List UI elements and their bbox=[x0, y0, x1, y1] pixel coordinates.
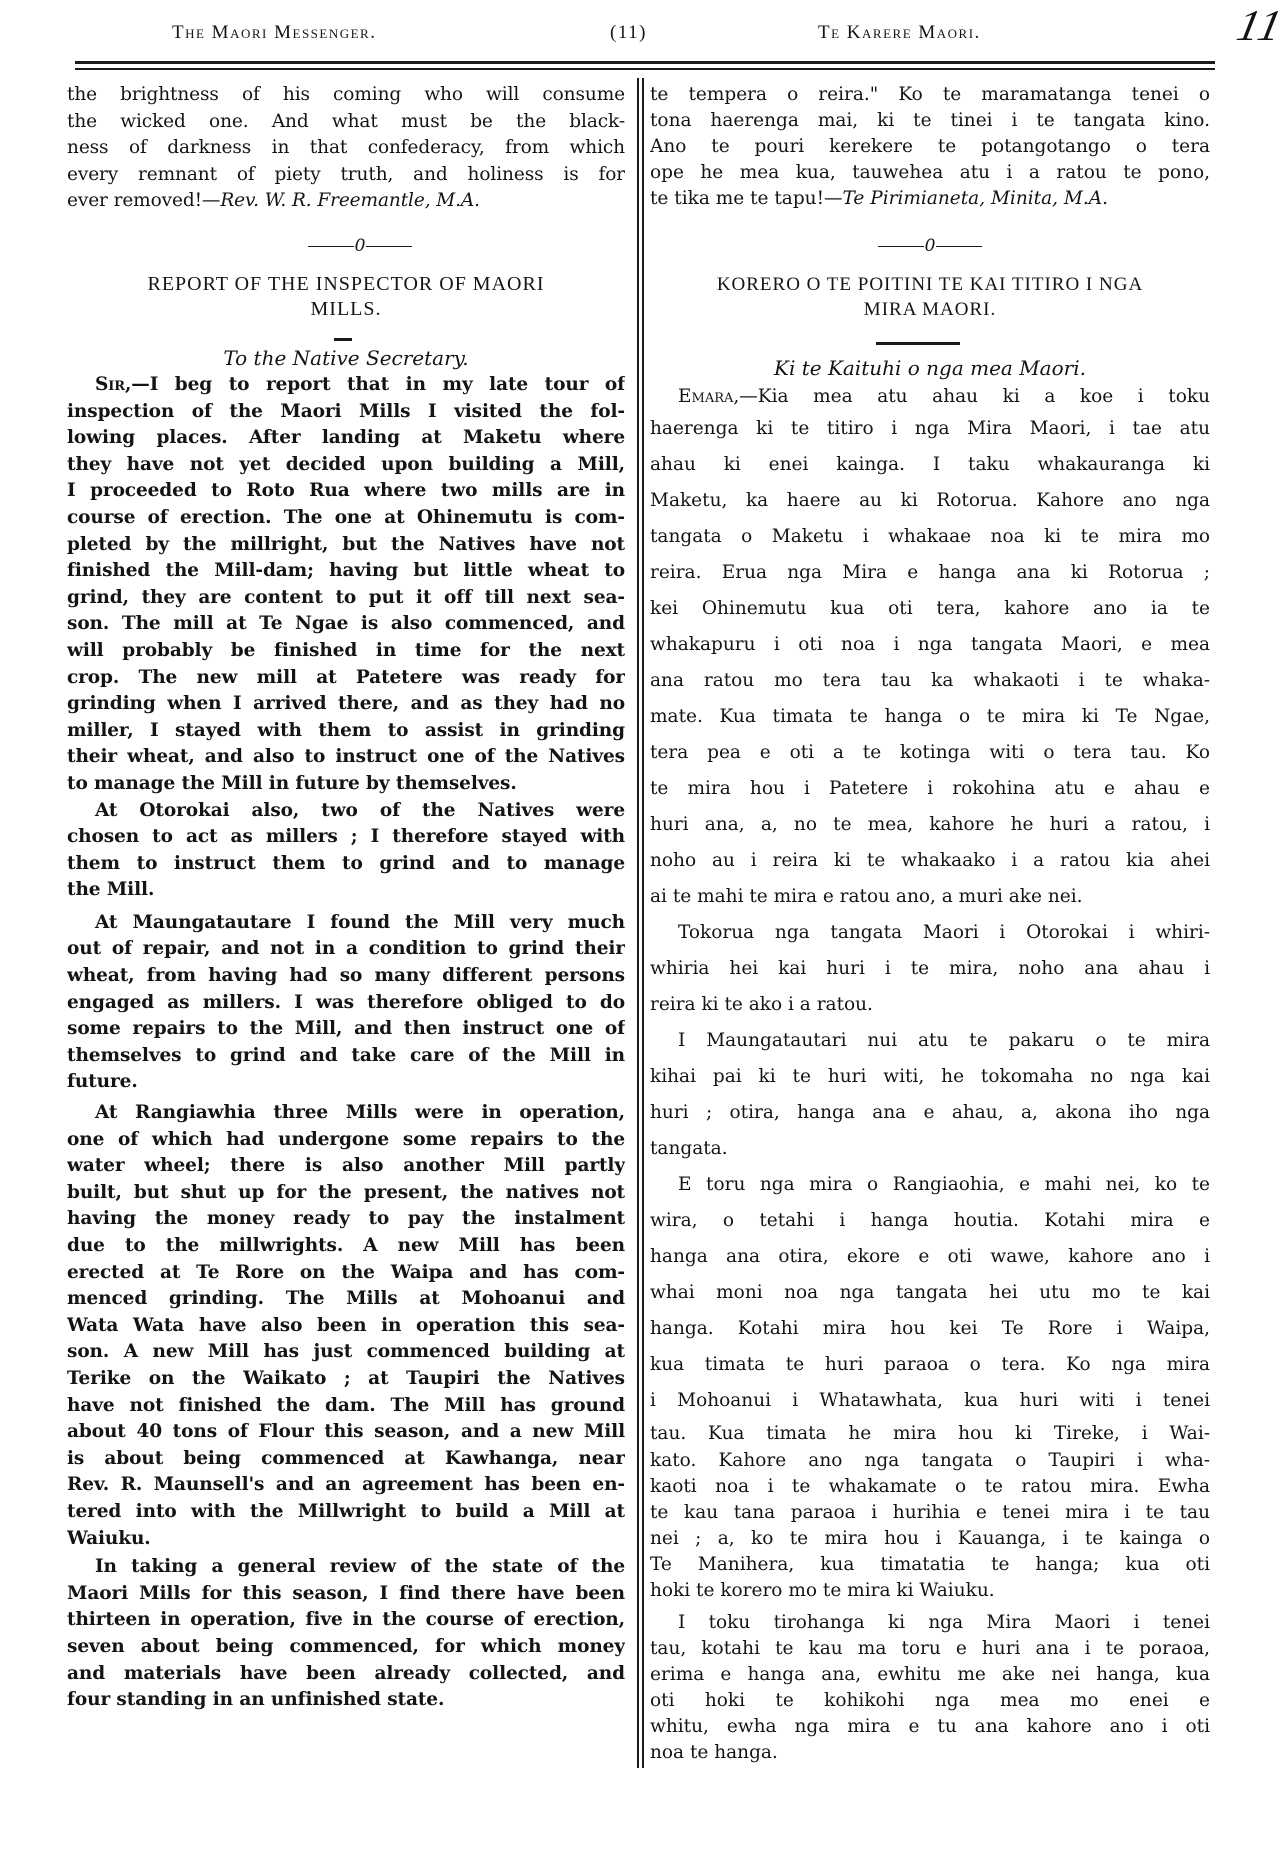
text-line: ever removed!—Rev. W. R. Freemantle, M.A… bbox=[67, 188, 625, 215]
text-line: whakapuru i oti noa i nga tangata Maori,… bbox=[650, 627, 1210, 663]
text-line: tered into with the Millwright to build … bbox=[67, 1499, 625, 1526]
masthead-rule-top bbox=[75, 61, 1215, 64]
text-line: kihai pai ki te huri witi, he tokomaha n… bbox=[650, 1059, 1210, 1095]
text-line: te kau tana paraoa i hurihia e tenei mir… bbox=[650, 1500, 1210, 1526]
text-line: Maketu, ka haere au ki Rotorua. Kahore a… bbox=[650, 483, 1210, 519]
text-line: Maori Mills for this season, I find ther… bbox=[67, 1581, 625, 1608]
text-fragment: —I beg to report that in my late tour of bbox=[131, 374, 625, 395]
text-line: I proceeded to Roto Rua where two mills … bbox=[67, 478, 625, 505]
text-line: te tika me te tapu!—Te Pirimianeta, Mini… bbox=[650, 186, 1210, 212]
text-line: they have not yet decided upon building … bbox=[67, 452, 625, 479]
text-line: whiria hei kai huri i te mira, noho ana … bbox=[650, 951, 1210, 987]
text-line: themselves to grind and take care of the… bbox=[67, 1043, 625, 1070]
text-line: have not finished the dam. The Mill has … bbox=[67, 1393, 625, 1420]
text-line: to manage the Mill in future by themselv… bbox=[67, 771, 625, 798]
masthead-right-title-text: Te Karere Maori. bbox=[818, 22, 981, 43]
text-line: tau. Kua timata he mira hou ki Tireke, i… bbox=[650, 1419, 1210, 1448]
text-line: Sir,—I beg to report that in my late tou… bbox=[67, 372, 625, 399]
text-line: I toku tirohanga ki nga Mira Maori i ten… bbox=[650, 1610, 1210, 1636]
text-line: huri ; otira, hanga ana e ahau, a, akona… bbox=[650, 1095, 1210, 1131]
opening-word: Sir, bbox=[95, 374, 131, 395]
text-line: hanga. Kotahi mira hou kei Te Rore i Wai… bbox=[650, 1311, 1210, 1347]
text-line: the Mill. bbox=[67, 877, 625, 904]
text-fragment: ever removed!— bbox=[67, 190, 220, 211]
text-line: their wheat, and also to instruct one of… bbox=[67, 744, 625, 771]
text-line: tau, kotahi te kau ma toru e huri ana i … bbox=[650, 1636, 1210, 1662]
masthead-rule-bottom bbox=[75, 68, 1215, 70]
text-line: whitu, ewha nga mira e tu ana kahore ano… bbox=[650, 1714, 1210, 1740]
text-line: Tokorua nga tangata Maori i Otorokai i w… bbox=[650, 915, 1210, 951]
text-line: thirteen in operation, five in the cours… bbox=[67, 1607, 625, 1634]
text-line: reira ki te ako i a ratou. bbox=[650, 987, 1210, 1023]
heading-short-rule bbox=[334, 338, 352, 341]
page-number-text: (11) bbox=[610, 22, 647, 43]
text-line: nei ; a, ko te mira hou i Kauanga, i te … bbox=[650, 1526, 1210, 1552]
heading-line: KORERO O TE POITINI TE KAI TITIRO I NGA bbox=[650, 272, 1210, 297]
text-line: Te Manihera, kua timatatia te hanga; kua… bbox=[650, 1552, 1210, 1578]
heading-short-rule bbox=[876, 342, 960, 345]
text-line: te tempera o reira." Ko te maramatanga t… bbox=[650, 82, 1210, 108]
attribution: Te Pirimianeta, Minita, M.A. bbox=[843, 188, 1108, 209]
text-line: the wicked one. And what must be the bla… bbox=[67, 109, 625, 136]
text-line: pleted by the millright, but the Natives… bbox=[67, 532, 625, 559]
text-line: every remnant of piety truth, and holine… bbox=[67, 162, 625, 189]
text-line: mate. Kua timata te hanga o te mira ki T… bbox=[650, 699, 1210, 735]
text-line: tangata o Maketu i whakaae noa ki te mir… bbox=[650, 519, 1210, 555]
text-line: course of erection. The one at Ohinemutu… bbox=[67, 505, 625, 532]
salutation-english: To the Native Secretary. bbox=[67, 346, 625, 370]
text-line: tona haerenga mai, ki te tinei i te tang… bbox=[650, 108, 1210, 134]
text-line: inspection of the Maori Mills I visited … bbox=[67, 399, 625, 426]
article-heading-english: REPORT OF THE INSPECTOR OF MAORI MILLS. bbox=[67, 272, 625, 322]
article-heading-maori: KORERO O TE POITINI TE KAI TITIRO I NGA … bbox=[650, 272, 1210, 322]
text-line: about 40 tons of Flour this season, and … bbox=[67, 1419, 625, 1446]
text-line: hoki te korero mo te mira ki Waiuku. bbox=[650, 1578, 1210, 1604]
text-line: them to instruct them to grind and to ma… bbox=[67, 851, 625, 878]
text-line: At Rangiawhia three Mills were in operat… bbox=[67, 1100, 625, 1127]
masthead-right-title: Te Karere Maori. bbox=[818, 22, 981, 58]
text-line: finished the Mill-dam; having but little… bbox=[67, 558, 625, 585]
text-line: menced grinding. The Mills at Mohoanui a… bbox=[67, 1286, 625, 1313]
text-line: At Maungatautare I found the Mill very m… bbox=[67, 910, 625, 937]
text-line: wheat, from having had so many different… bbox=[67, 963, 625, 990]
right-column-body: Emara,—Kia mea atu ahau ki a koe i toku … bbox=[650, 382, 1210, 1766]
text-line: grind, they are content to put it off ti… bbox=[67, 585, 625, 612]
text-line: I Maungatautari nui atu te pakaru o te m… bbox=[650, 1023, 1210, 1059]
section-separator: 0 bbox=[830, 236, 1030, 256]
text-line: tera pea e oti a te kotinga witi o tera … bbox=[650, 735, 1210, 771]
text-fragment: —Kia mea atu ahau ki a koe i toku bbox=[739, 386, 1210, 407]
text-line: due to the millwrights. A new Mill has b… bbox=[67, 1233, 625, 1260]
attribution: Rev. W. R. Freemantle, M.A. bbox=[220, 190, 480, 211]
text-line: noa te hanga. bbox=[650, 1740, 1210, 1766]
text-line: seven about being commenced, for which m… bbox=[67, 1634, 625, 1661]
masthead-left-title-text: The Maori Messenger. bbox=[172, 22, 376, 43]
text-line: Terike on the Waikato ; at Taupiri the N… bbox=[67, 1366, 625, 1393]
text-line: erected at Te Rore on the Waipa and has … bbox=[67, 1260, 625, 1287]
text-fragment: te tika me te tapu!— bbox=[650, 188, 843, 209]
text-line: crop. The new mill at Patetere was ready… bbox=[67, 665, 625, 692]
left-column-body: Sir,—I beg to report that in my late tou… bbox=[67, 372, 625, 1714]
text-line: son. A new Mill has just commenced build… bbox=[67, 1339, 625, 1366]
text-line: noho au i reira ki te whakaako i a ratou… bbox=[650, 843, 1210, 879]
text-line: four standing in an unfinished state. bbox=[67, 1687, 625, 1714]
masthead-left-title: The Maori Messenger. bbox=[172, 22, 376, 58]
text-line: Ano te pouri kerekere te potangotango o … bbox=[650, 134, 1210, 160]
section-separator: 0 bbox=[260, 236, 460, 256]
text-line: future. bbox=[67, 1069, 625, 1096]
text-line: son. The mill at Te Ngae is also commenc… bbox=[67, 611, 625, 638]
text-line: ai te mahi te mira e ratou ano, a muri a… bbox=[650, 879, 1210, 915]
text-line: having the money ready to pay the instal… bbox=[67, 1206, 625, 1233]
text-line: tangata. bbox=[650, 1131, 1210, 1167]
salutation-maori: Ki te Kaituhi o nga mea Maori. bbox=[650, 356, 1210, 380]
text-line: chosen to act as millers ; I therefore s… bbox=[67, 824, 625, 851]
text-line: kei Ohinemutu kua oti tera, kahore ano i… bbox=[650, 591, 1210, 627]
heading-line: REPORT OF THE INSPECTOR OF MAORI bbox=[67, 272, 625, 297]
text-line: kaoti noa i te whakamate o te ratou mira… bbox=[650, 1474, 1210, 1500]
text-line: built, but shut up for the present, the … bbox=[67, 1180, 625, 1207]
column-divider-left-line bbox=[637, 78, 639, 1768]
text-line: wira, o tetahi i hanga houtia. Kotahi mi… bbox=[650, 1203, 1210, 1239]
text-line: kato. Kahore ano nga tangata o Taupiri i… bbox=[650, 1448, 1210, 1474]
text-line: miller, I stayed with them to assist in … bbox=[67, 718, 625, 745]
text-line: some repairs to the Mill, and then instr… bbox=[67, 1016, 625, 1043]
text-line: hanga ana otira, ekore e oti wawe, kahor… bbox=[650, 1239, 1210, 1275]
text-line: ana ratou mo tera tau ka whakaoti i te w… bbox=[650, 663, 1210, 699]
text-line: grinding when I arrived there, and as th… bbox=[67, 691, 625, 718]
text-line: haerenga ki te titiro i nga Mira Maori, … bbox=[650, 411, 1210, 447]
text-line: Emara,—Kia mea atu ahau ki a koe i toku bbox=[650, 382, 1210, 411]
handwritten-page-mark: 11 bbox=[1233, 0, 1280, 51]
text-line: oti hoki te kohikohi nga mea mo enei e bbox=[650, 1688, 1210, 1714]
text-line: out of repair, and not in a condition to… bbox=[67, 936, 625, 963]
text-line: Waiuku. bbox=[67, 1526, 625, 1553]
text-line: huri ana, a, no te mea, kahore he huri a… bbox=[650, 807, 1210, 843]
text-line: will probably be finished in time for th… bbox=[67, 638, 625, 665]
text-line: the brightness of his coming who will co… bbox=[67, 82, 625, 109]
text-line: whai moni noa nga tangata hei utu mo te … bbox=[650, 1275, 1210, 1311]
text-line: erima e hanga ana, ewhitu me ake nei han… bbox=[650, 1662, 1210, 1688]
text-line: ahau ki enei kainga. I taku whakauranga … bbox=[650, 447, 1210, 483]
text-line: Rev. R. Maunsell's and an agreement has … bbox=[67, 1472, 625, 1499]
heading-line: MILLS. bbox=[67, 297, 625, 322]
text-line: i Mohoanui i Whatawhata, kua huri witi i… bbox=[650, 1383, 1210, 1419]
text-line: one of which had undergone some repairs … bbox=[67, 1127, 625, 1154]
text-line: kua timata te huri paraoa o tera. Ko nga… bbox=[650, 1347, 1210, 1383]
text-line: ope he mea kua, tauwehea atu i a ratou t… bbox=[650, 160, 1210, 186]
left-column-continuation: the brightness of his coming who will co… bbox=[67, 82, 625, 215]
opening-word: Emara, bbox=[678, 386, 739, 407]
text-line: water wheel; there is also another Mill … bbox=[67, 1153, 625, 1180]
text-line: engaged as millers. I was therefore obli… bbox=[67, 990, 625, 1017]
text-line: and materials have been already collecte… bbox=[67, 1661, 625, 1688]
text-line: Wata Wata have also been in operation th… bbox=[67, 1313, 625, 1340]
text-line: lowing places. After landing at Maketu w… bbox=[67, 425, 625, 452]
right-column-continuation: te tempera o reira." Ko te maramatanga t… bbox=[650, 82, 1210, 212]
heading-line: MIRA MAORI. bbox=[650, 297, 1210, 322]
text-line: In taking a general review of the state … bbox=[67, 1554, 625, 1581]
text-line: te mira hou i Patetere i rokohina atu e … bbox=[650, 771, 1210, 807]
text-line: ness of darkness in that confederacy, fr… bbox=[67, 135, 625, 162]
column-divider-right-line bbox=[642, 78, 644, 1768]
text-line: reira. Erua nga Mira e hanga ana ki Roto… bbox=[650, 555, 1210, 591]
text-line: E toru nga mira o Rangiaohia, e mahi nei… bbox=[650, 1167, 1210, 1203]
text-line: At Otorokai also, two of the Natives wer… bbox=[67, 798, 625, 825]
masthead-page-number: (11) bbox=[610, 22, 647, 58]
text-line: is about being commenced at Kawhanga, ne… bbox=[67, 1446, 625, 1473]
